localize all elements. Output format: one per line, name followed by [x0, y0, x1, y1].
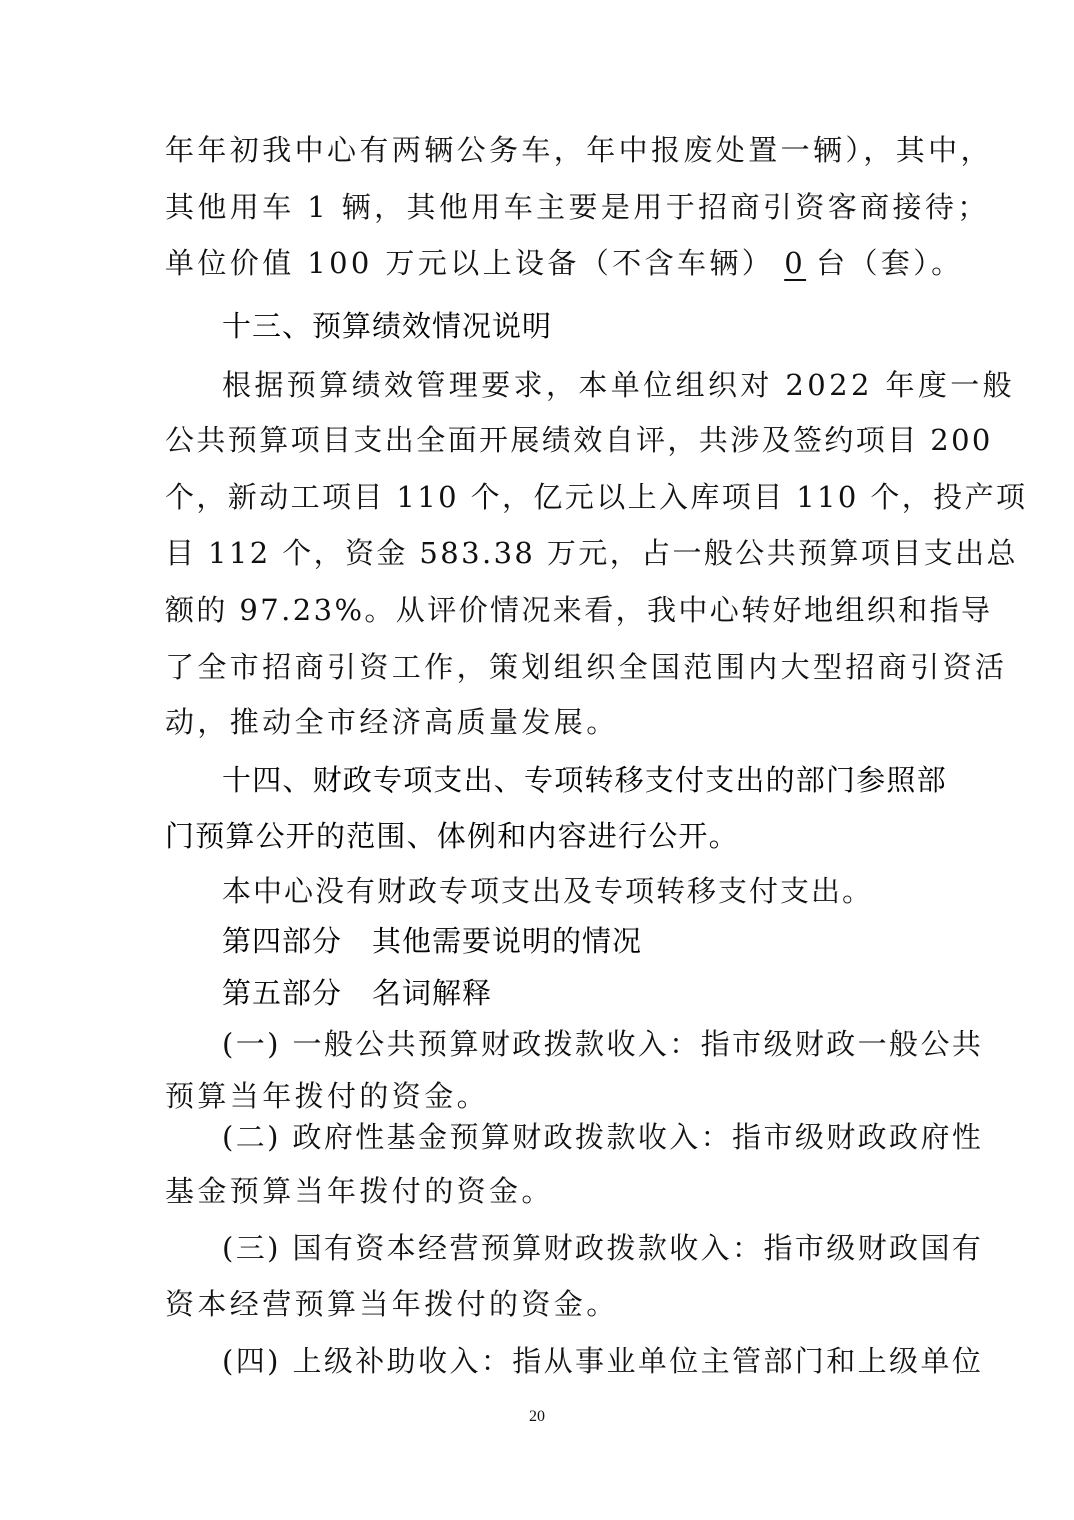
term-2-line-1: (二) 政府性基金预算财政拨款收入：指市级财政政府性 [222, 1119, 913, 1155]
term-1-line-1: (一) 一般公共预算财政拨款收入：指市级财政一般公共 [222, 1026, 913, 1062]
body-text-line-equipment: 单位价值 100 万元以上设备（不含车辆）0台（套）。 [165, 245, 913, 281]
body-text-line: 动，推动全市经济高质量发展。 [165, 704, 913, 740]
term-3-line-2: 资本经营预算当年拨付的资金。 [165, 1286, 913, 1322]
body-text-line: 公共预算项目支出全面开展绩效自评，共涉及签约项目 200 [165, 422, 913, 458]
section-14-body: 本中心没有财政专项支出及专项转移支付支出。 [222, 873, 913, 909]
equipment-text-suffix: 台（套）。 [816, 246, 964, 280]
equipment-text-prefix: 单位价值 100 万元以上设备（不含车辆） [165, 246, 774, 280]
term-4-line-1: (四) 上级补助收入：指从事业单位主管部门和上级单位 [222, 1343, 913, 1379]
part-5-heading: 第五部分 名词解释 [222, 975, 913, 1011]
section-13-heading: 十三、预算绩效情况说明 [222, 308, 913, 344]
body-text-line: 其他用车 1 辆，其他用车主要是用于招商引资客商接待； [165, 189, 913, 225]
body-text-line: 个，新动工项目 110 个，亿元以上入库项目 110 个，投产项 [165, 479, 913, 515]
section-14-heading-line-1: 十四、财政专项支出、专项转移支付支出的部门参照部 [222, 762, 913, 798]
term-1-line-2: 预算当年拨付的资金。 [165, 1078, 913, 1114]
body-text-line: 了全市招商引资工作，策划组织全国范围内大型招商引资活 [165, 649, 913, 685]
body-text-line: 根据预算绩效管理要求，本单位组织对 2022 年度一般 [222, 367, 913, 403]
body-text-line: 目 112 个，资金 583.38 万元，占一般公共预算项目支出总 [165, 535, 913, 571]
body-text-line: 额的 97.23%。从评价情况来看，我中心转好地组织和指导 [165, 592, 913, 628]
page-number: 20 [0, 1408, 1074, 1426]
equipment-count-value: 0 [774, 246, 816, 280]
section-14-heading-line-2: 门预算公开的范围、体例和内容进行公开。 [165, 818, 913, 854]
document-page: 年年初我中心有两辆公务车，年中报废处置一辆），其中， 其他用车 1 辆，其他用车… [0, 0, 1074, 1520]
body-text-line: 年年初我中心有两辆公务车，年中报废处置一辆），其中， [165, 132, 913, 168]
part-4-heading: 第四部分 其他需要说明的情况 [222, 923, 913, 959]
term-3-line-1: (三) 国有资本经营预算财政拨款收入：指市级财政国有 [222, 1230, 913, 1266]
term-2-line-2: 基金预算当年拨付的资金。 [165, 1173, 913, 1209]
